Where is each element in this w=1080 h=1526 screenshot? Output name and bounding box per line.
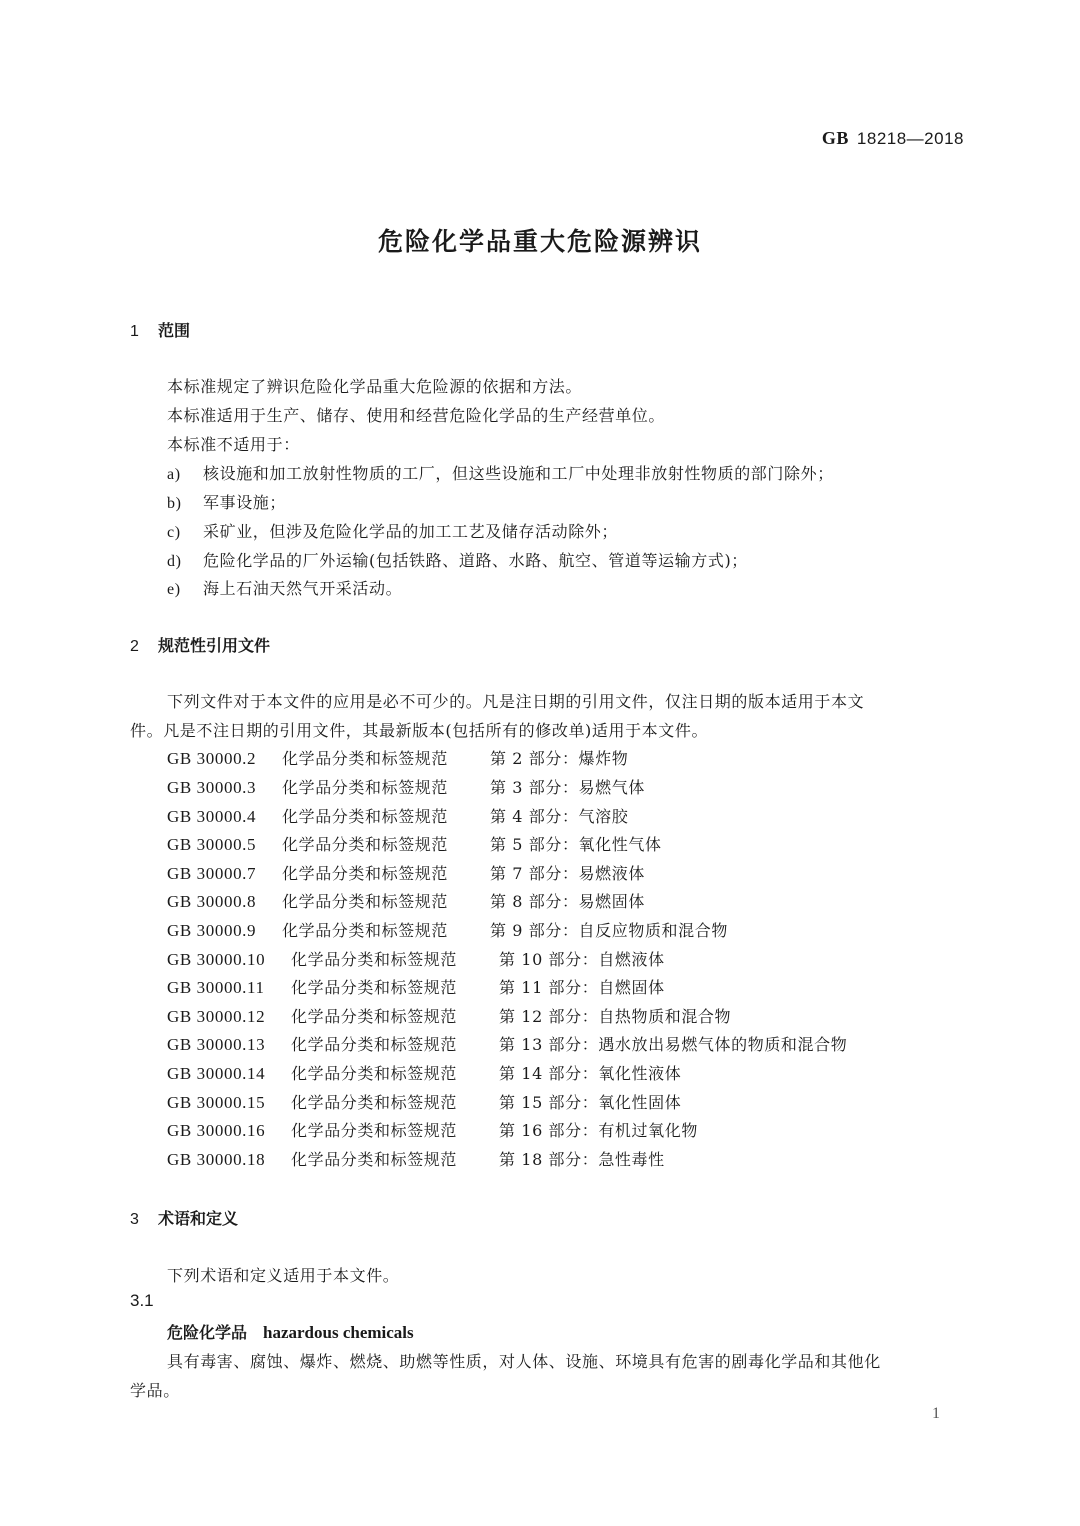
reference-row: GB 30000.15化学品分类和标签规范第 15 部分：氧化性固体 bbox=[167, 1090, 681, 1113]
reference-part: 第 10 部分：自燃液体 bbox=[499, 950, 665, 969]
std-number: 18218—2018 bbox=[857, 129, 964, 148]
paragraph: 件。凡是不注日期的引用文件，其最新版本(包括所有的修改单)适用于本文件。 bbox=[130, 718, 708, 741]
reference-part: 第 5 部分：氧化性气体 bbox=[490, 835, 662, 854]
reference-row: GB 30000.16化学品分类和标签规范第 16 部分：有机过氧化物 bbox=[167, 1118, 698, 1141]
term-heading: 危险化学品hazardous chemicals bbox=[167, 1320, 414, 1343]
reference-row: GB 30000.7化学品分类和标签规范第 7 部分：易燃液体 bbox=[167, 861, 645, 884]
list-marker: d) bbox=[167, 553, 203, 571]
section-number: 1 bbox=[130, 323, 158, 341]
paragraph: 下列术语和定义适用于本文件。 bbox=[167, 1263, 399, 1286]
list-text: 采矿业，但涉及危险化学品的加工工艺及储存活动除外； bbox=[203, 522, 618, 541]
reference-code: GB 30000.9 bbox=[167, 921, 282, 941]
reference-row: GB 30000.3化学品分类和标签规范第 3 部分：易燃气体 bbox=[167, 775, 645, 798]
list-marker: b) bbox=[167, 495, 203, 513]
reference-title: 化学品分类和标签规范 bbox=[291, 1118, 499, 1141]
list-marker: a) bbox=[167, 466, 203, 484]
reference-row: GB 30000.14化学品分类和标签规范第 14 部分：氧化性液体 bbox=[167, 1061, 681, 1084]
section-title: 范围 bbox=[158, 321, 190, 340]
list-text: 核设施和加工放射性物质的工厂，但这些设施和工厂中处理非放射性物质的部门除外； bbox=[203, 464, 834, 483]
reference-title: 化学品分类和标签规范 bbox=[282, 889, 490, 912]
reference-row: GB 30000.9化学品分类和标签规范第 9 部分：自反应物质和混合物 bbox=[167, 918, 728, 941]
reference-part: 第 13 部分：遇水放出易燃气体的物质和混合物 bbox=[499, 1035, 847, 1054]
reference-row: GB 30000.12化学品分类和标签规范第 12 部分：自热物质和混合物 bbox=[167, 1004, 731, 1027]
reference-title: 化学品分类和标签规范 bbox=[291, 1004, 499, 1027]
reference-title: 化学品分类和标签规范 bbox=[291, 975, 499, 998]
reference-part: 第 11 部分：自燃固体 bbox=[499, 978, 665, 997]
reference-part: 第 9 部分：自反应物质和混合物 bbox=[490, 921, 728, 940]
reference-code: GB 30000.5 bbox=[167, 835, 282, 855]
section-number: 2 bbox=[130, 638, 158, 656]
reference-title: 化学品分类和标签规范 bbox=[291, 1061, 499, 1084]
section-title: 规范性引用文件 bbox=[158, 636, 270, 655]
section-2-heading: 2规范性引用文件 bbox=[130, 633, 270, 656]
list-item: e)海上石油天然气开采活动。 bbox=[167, 576, 402, 599]
term-definition: 学品。 bbox=[130, 1378, 180, 1401]
reference-row: GB 30000.4化学品分类和标签规范第 4 部分：气溶胶 bbox=[167, 804, 628, 827]
page-number: 1 bbox=[932, 1405, 940, 1423]
reference-part: 第 16 部分：有机过氧化物 bbox=[499, 1121, 698, 1140]
reference-title: 化学品分类和标签规范 bbox=[291, 947, 499, 970]
reference-title: 化学品分类和标签规范 bbox=[291, 1090, 499, 1113]
reference-code: GB 30000.12 bbox=[167, 1007, 291, 1027]
reference-part: 第 14 部分：氧化性液体 bbox=[499, 1064, 681, 1083]
term-en: hazardous chemicals bbox=[263, 1323, 414, 1342]
reference-part: 第 2 部分：爆炸物 bbox=[490, 749, 628, 768]
section-number: 3 bbox=[130, 1211, 158, 1229]
term-zh: 危险化学品 bbox=[167, 1323, 247, 1342]
reference-code: GB 30000.8 bbox=[167, 892, 282, 912]
document-title: 危险化学品重大危险源辨识 bbox=[0, 222, 1080, 258]
reference-code: GB 30000.11 bbox=[167, 978, 291, 998]
list-text: 军事设施； bbox=[203, 493, 286, 512]
reference-part: 第 3 部分：易燃气体 bbox=[490, 778, 645, 797]
reference-row: GB 30000.13化学品分类和标签规范第 13 部分：遇水放出易燃气体的物质… bbox=[167, 1032, 847, 1055]
paragraph: 本标准适用于生产、储存、使用和经营危险化学品的生产经营单位。 bbox=[167, 403, 665, 426]
section-3-heading: 3术语和定义 bbox=[130, 1206, 238, 1229]
section-title: 术语和定义 bbox=[158, 1209, 238, 1228]
reference-code: GB 30000.10 bbox=[167, 950, 291, 970]
section-1-heading: 1范围 bbox=[130, 318, 190, 341]
reference-code: GB 30000.18 bbox=[167, 1150, 291, 1170]
reference-title: 化学品分类和标签规范 bbox=[282, 746, 490, 769]
reference-part: 第 7 部分：易燃液体 bbox=[490, 864, 645, 883]
reference-row: GB 30000.2化学品分类和标签规范第 2 部分：爆炸物 bbox=[167, 746, 628, 769]
term-number: 3.1 bbox=[130, 1291, 154, 1311]
term-definition: 具有毒害、腐蚀、爆炸、燃烧、助燃等性质，对人体、设施、环境具有危害的剧毒化学品和… bbox=[167, 1349, 881, 1372]
reference-title: 化学品分类和标签规范 bbox=[291, 1147, 499, 1170]
reference-row: GB 30000.18化学品分类和标签规范第 18 部分：急性毒性 bbox=[167, 1147, 665, 1170]
paragraph: 本标准不适用于： bbox=[167, 432, 300, 455]
reference-code: GB 30000.15 bbox=[167, 1093, 291, 1113]
list-text: 危险化学品的厂外运输(包括铁路、道路、水路、航空、管道等运输方式)； bbox=[203, 551, 748, 570]
list-text: 海上石油天然气开采活动。 bbox=[203, 579, 402, 598]
reference-part: 第 15 部分：氧化性固体 bbox=[499, 1093, 681, 1112]
reference-row: GB 30000.11化学品分类和标签规范第 11 部分：自燃固体 bbox=[167, 975, 665, 998]
reference-code: GB 30000.14 bbox=[167, 1064, 291, 1084]
list-item: b)军事设施； bbox=[167, 490, 286, 513]
reference-title: 化学品分类和标签规范 bbox=[282, 775, 490, 798]
std-prefix: GB bbox=[822, 128, 849, 148]
list-item: c)采矿业，但涉及危险化学品的加工工艺及储存活动除外； bbox=[167, 519, 618, 542]
reference-code: GB 30000.13 bbox=[167, 1035, 291, 1055]
reference-title: 化学品分类和标签规范 bbox=[282, 832, 490, 855]
reference-title: 化学品分类和标签规范 bbox=[291, 1032, 499, 1055]
list-marker: e) bbox=[167, 581, 203, 599]
reference-row: GB 30000.10化学品分类和标签规范第 10 部分：自燃液体 bbox=[167, 947, 665, 970]
reference-part: 第 4 部分：气溶胶 bbox=[490, 807, 628, 826]
reference-row: GB 30000.8化学品分类和标签规范第 8 部分：易燃固体 bbox=[167, 889, 645, 912]
reference-row: GB 30000.5化学品分类和标签规范第 5 部分：氧化性气体 bbox=[167, 832, 662, 855]
reference-part: 第 12 部分：自热物质和混合物 bbox=[499, 1007, 731, 1026]
reference-part: 第 8 部分：易燃固体 bbox=[490, 892, 645, 911]
reference-title: 化学品分类和标签规范 bbox=[282, 804, 490, 827]
list-item: d)危险化学品的厂外运输(包括铁路、道路、水路、航空、管道等运输方式)； bbox=[167, 548, 748, 571]
standard-code: GB18218—2018 bbox=[822, 128, 964, 149]
reference-code: GB 30000.4 bbox=[167, 807, 282, 827]
reference-code: GB 30000.3 bbox=[167, 778, 282, 798]
reference-title: 化学品分类和标签规范 bbox=[282, 861, 490, 884]
list-item: a)核设施和加工放射性物质的工厂，但这些设施和工厂中处理非放射性物质的部门除外； bbox=[167, 461, 834, 484]
list-marker: c) bbox=[167, 524, 203, 542]
reference-part: 第 18 部分：急性毒性 bbox=[499, 1150, 665, 1169]
reference-code: GB 30000.7 bbox=[167, 864, 282, 884]
reference-title: 化学品分类和标签规范 bbox=[282, 918, 490, 941]
reference-code: GB 30000.16 bbox=[167, 1121, 291, 1141]
paragraph: 下列文件对于本文件的应用是必不可少的。凡是注日期的引用文件，仅注日期的版本适用于… bbox=[167, 689, 864, 712]
paragraph: 本标准规定了辨识危险化学品重大危险源的依据和方法。 bbox=[167, 374, 582, 397]
reference-code: GB 30000.2 bbox=[167, 749, 282, 769]
